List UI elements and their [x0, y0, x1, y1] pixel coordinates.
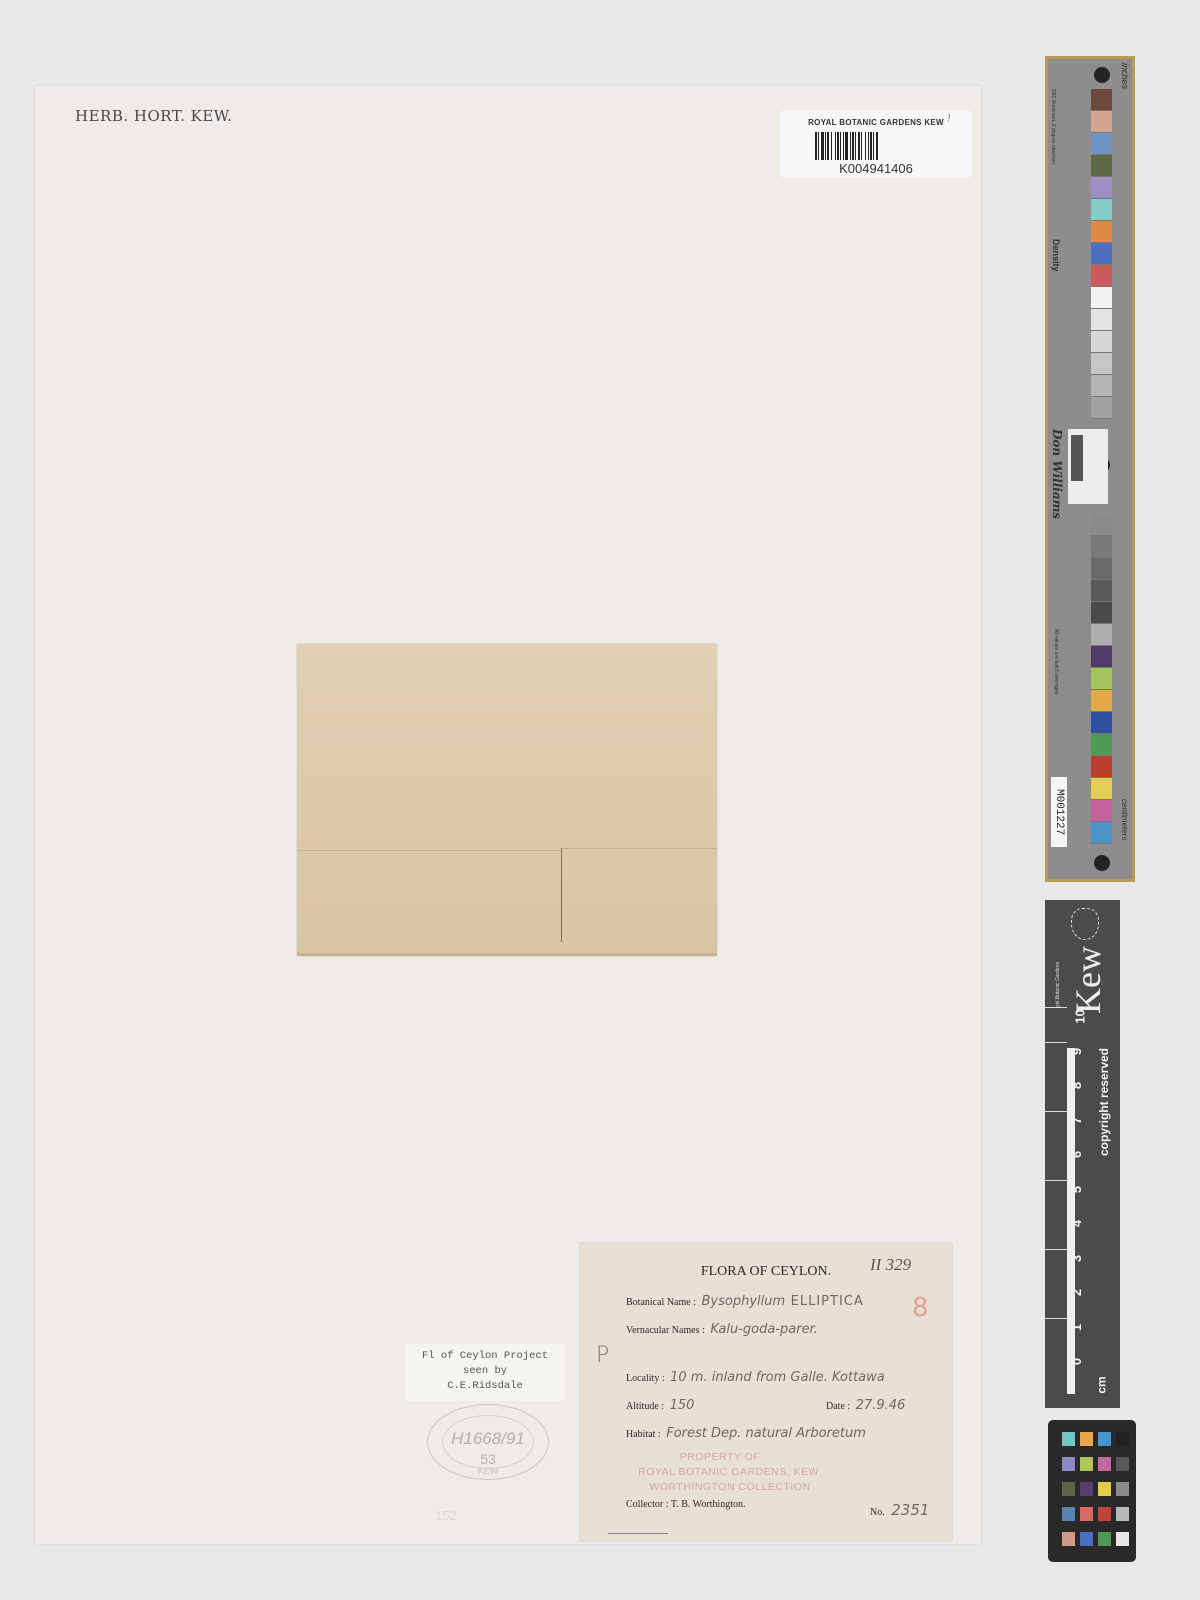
slip-line: seen by	[405, 1364, 565, 1379]
habitat-row: Habitat : Forest Dep. natural Arboretum	[626, 1426, 866, 1441]
color-swatch	[1091, 199, 1112, 221]
color-swatch	[1091, 602, 1112, 624]
field-label: Vernacular Names :	[626, 1325, 705, 1336]
checker-patch	[1080, 1482, 1093, 1496]
pencil-note: 152	[435, 1508, 457, 1523]
batch-note: All values are batch averages	[1053, 629, 1059, 695]
ruler-brand: Don Williams	[1050, 429, 1064, 519]
cm-unit-label: cm	[1095, 1376, 1109, 1393]
color-swatch	[1091, 155, 1112, 177]
color-swatch	[1091, 221, 1112, 243]
checker-patch	[1062, 1532, 1075, 1546]
checker-patch	[1116, 1457, 1129, 1471]
color-swatch	[1091, 111, 1112, 133]
inches-label: inches	[1120, 63, 1130, 89]
cm-tick-label: 10	[1073, 1009, 1088, 1023]
label-reference: II 329	[870, 1255, 911, 1275]
color-checker-card	[1048, 1420, 1136, 1562]
property-stamp-line: WORTHINGTON COLLECTION	[620, 1481, 840, 1493]
field-label: Locality :	[626, 1373, 665, 1384]
ruler-hole-icon	[1094, 855, 1110, 871]
ruler-id: M001227	[1051, 777, 1067, 847]
field-label: Collector :	[626, 1499, 669, 1510]
field-label: Date :	[826, 1401, 850, 1412]
color-swatch	[1091, 580, 1112, 602]
collection-label: FLORA OF CEYLON. II 329 8 P Botanical Na…	[580, 1243, 952, 1541]
checker-patch	[1098, 1532, 1111, 1546]
checker-patch	[1098, 1507, 1111, 1521]
collection-number-row: No. 2351	[870, 1501, 929, 1519]
envelope-bottom-edge	[297, 953, 717, 956]
property-stamp-line: ROYAL BOTANIC GARDENS, KEW.	[610, 1466, 850, 1478]
checker-patch	[1080, 1532, 1093, 1546]
color-swatch	[1091, 287, 1112, 309]
collection-date: 27.9.46	[856, 1398, 906, 1413]
cm-block	[1045, 1145, 1067, 1180]
checker-patch	[1062, 1482, 1075, 1496]
checker-patch	[1062, 1507, 1075, 1521]
accession-number: H1668/91	[428, 1429, 548, 1449]
checker-patch	[1098, 1482, 1111, 1496]
ruler-hole-icon	[1094, 67, 1110, 83]
date-row: Date : 27.9.46	[826, 1398, 905, 1413]
checker-patch	[1080, 1432, 1093, 1446]
envelope-fold	[561, 848, 562, 942]
barcode-institution: ROYAL BOTANIC GARDENS KEW	[780, 118, 972, 127]
color-swatch	[1091, 646, 1112, 668]
illuminant-note: D50 Illuminant, 2 degree observer	[1050, 89, 1056, 164]
cm-block	[1045, 1352, 1067, 1387]
accession-stamp: H1668/91 53 KEW	[427, 1404, 549, 1480]
locality-row: Locality : 10 m. inland from Galle. Kott…	[626, 1370, 885, 1385]
density-label: Density	[1051, 239, 1061, 272]
color-swatch	[1091, 89, 1112, 111]
gray-target	[1068, 429, 1108, 504]
color-swatch	[1091, 309, 1112, 331]
color-swatch	[1091, 558, 1112, 580]
checker-patch	[1062, 1432, 1075, 1446]
kew-scale-bar: Kew Royal Botanic Gardens copyright rese…	[1045, 900, 1120, 1408]
barcode-icon	[815, 132, 937, 160]
field-label: Botanical Name :	[626, 1297, 696, 1308]
collector-row: Collector : T. B. Worthington.	[626, 1499, 746, 1510]
field-label: No.	[870, 1507, 885, 1518]
checker-patch	[1098, 1457, 1111, 1471]
checker-patch	[1062, 1457, 1075, 1471]
collector-name: T. B. Worthington.	[671, 1499, 746, 1510]
altitude: 150	[670, 1398, 695, 1413]
barcode-label: ROYAL BOTANIC GARDENS KEW K004941406	[780, 110, 972, 178]
cm-tick-label: 2	[1069, 1289, 1084, 1296]
cm-tick-label: 9	[1069, 1047, 1084, 1054]
kew-crest-icon	[1071, 908, 1099, 940]
stamp-bottom-text: KEW	[428, 1466, 548, 1476]
cm-block	[1045, 1180, 1067, 1215]
botanical-name-row: Botanical Name : Bysophyllum ELLIPTICA	[626, 1294, 864, 1309]
color-swatch	[1091, 514, 1112, 536]
color-swatch	[1091, 712, 1112, 734]
checker-patch	[1116, 1532, 1129, 1546]
stamp-number: 53	[428, 1451, 548, 1467]
color-swatch	[1091, 397, 1112, 419]
envelope-flap-edge	[562, 848, 717, 849]
dark-patch	[1071, 435, 1083, 481]
color-swatch	[1091, 265, 1112, 287]
habitat: Forest Dep. natural Arboretum	[666, 1426, 866, 1441]
copyright-notice: copyright reserved	[1097, 1048, 1111, 1156]
collection-number: 2351	[891, 1501, 929, 1519]
cm-tick-label: 8	[1069, 1082, 1084, 1089]
cm-tick-label: 7	[1069, 1116, 1084, 1123]
property-stamp-line: PROPERTY OF	[620, 1451, 820, 1463]
herbarium-sheet: HERB. HORT. KEW. ROYAL BOTANIC GARDENS K…	[35, 86, 981, 1544]
field-label: Altitude :	[626, 1401, 664, 1412]
checker-patch	[1080, 1507, 1093, 1521]
altitude-row: Altitude : 150	[626, 1398, 694, 1413]
color-swatch	[1091, 243, 1112, 265]
vernacular-row: Vernacular Names : Kalu-goda-parer.	[626, 1322, 818, 1337]
color-swatch	[1091, 375, 1112, 397]
cm-block	[1045, 1283, 1067, 1318]
vernacular-name: Kalu-goda-parer.	[710, 1322, 818, 1337]
signature-scribble	[608, 1533, 668, 1538]
checker-patch	[1116, 1432, 1129, 1446]
cm-block	[1045, 1249, 1067, 1284]
checker-patch	[1080, 1457, 1093, 1471]
color-swatch	[1091, 690, 1112, 712]
checker-patch	[1116, 1482, 1129, 1496]
cm-tick-label: 5	[1069, 1185, 1084, 1192]
cm-block	[1045, 1007, 1067, 1042]
cm-block	[1045, 1042, 1067, 1077]
swatch-column-top	[1091, 89, 1112, 419]
slip-line: C.E.Ridsdale	[405, 1379, 565, 1394]
color-swatch	[1091, 778, 1112, 800]
color-swatch	[1091, 624, 1112, 646]
cm-block	[1045, 1318, 1067, 1353]
cm-tick-label: 3	[1069, 1254, 1084, 1261]
checker-patch	[1116, 1507, 1129, 1521]
cm-block	[1045, 1214, 1067, 1249]
barcode-number: K004941406	[780, 161, 972, 176]
checker-patch	[1098, 1432, 1111, 1446]
cm-block	[1045, 1111, 1067, 1146]
red-pencil-mark: 8	[912, 1293, 929, 1323]
p-mark: P	[596, 1343, 609, 1368]
color-swatch	[1091, 822, 1112, 844]
centimeters-label: centimeters	[1120, 799, 1129, 840]
locality: 10 m. inland from Galle. Kottawa	[670, 1370, 885, 1385]
kew-logo: Kew	[1067, 946, 1109, 1014]
cm-tick-label: 4	[1069, 1220, 1084, 1227]
slip-line: Fl of Ceylon Project	[405, 1349, 565, 1364]
swatch-column-bottom	[1091, 514, 1112, 844]
color-calibration-ruler: D50 Illuminant, 2 degree observer Densit…	[1045, 56, 1135, 882]
botanical-epithet: ELLIPTICA	[791, 1294, 864, 1309]
color-swatch	[1091, 756, 1112, 778]
cm-tick-label: 6	[1069, 1151, 1084, 1158]
cm-tick-label: 0	[1069, 1358, 1084, 1365]
color-swatch	[1091, 331, 1112, 353]
color-swatch	[1091, 800, 1112, 822]
kew-subtitle: Royal Botanic Gardens	[1055, 962, 1061, 1013]
botanical-name: Bysophyllum	[701, 1294, 785, 1309]
color-swatch	[1091, 536, 1112, 558]
color-swatch	[1091, 734, 1112, 756]
envelope-flap-edge	[297, 850, 562, 851]
specimen-envelope[interactable]	[297, 644, 717, 956]
color-swatch	[1091, 668, 1112, 690]
cm-block	[1045, 1076, 1067, 1111]
determination-slip: Fl of Ceylon Project seen by C.E.Ridsdal…	[405, 1344, 565, 1401]
color-swatch	[1091, 133, 1112, 155]
pencil-tick-mark: ᵎ	[947, 108, 950, 129]
field-label: Habitat :	[626, 1429, 661, 1440]
herbarium-header: HERB. HORT. KEW.	[75, 107, 232, 125]
color-swatch	[1091, 177, 1112, 199]
color-swatch	[1091, 353, 1112, 375]
cm-tick-label: 1	[1069, 1323, 1084, 1330]
